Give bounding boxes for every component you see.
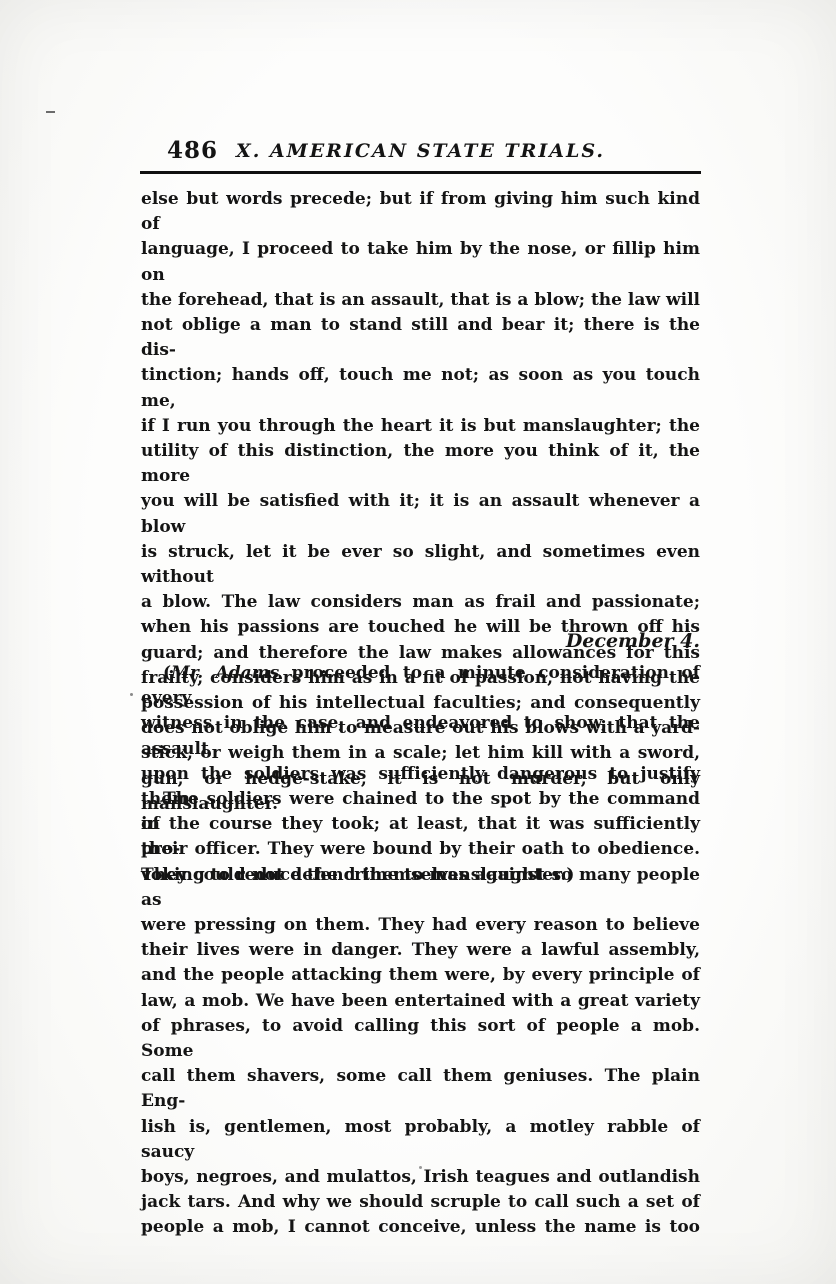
date-heading: December 4. — [141, 630, 700, 652]
book-page: 486 X. AMERICAN STATE TRIALS. else but w… — [0, 0, 836, 1284]
text-line: call them shavers, some call them genius… — [141, 1064, 700, 1114]
text-line: boys, negroes, and mulattos, Irish teagu… — [141, 1165, 700, 1190]
text-line: They could not defend themselves against… — [141, 863, 700, 913]
open-paren: ( — [163, 663, 171, 683]
text-line: law, a mob. We have been entertained wit… — [141, 989, 700, 1014]
text-line: witness in the case, and endeavored to s… — [141, 711, 700, 761]
text-line: if I run you through the heart it is but… — [141, 414, 700, 439]
text-line: else but words precede; but if from givi… — [141, 187, 700, 237]
scan-artifact-dash — [46, 111, 55, 113]
running-title: X. AMERICAN STATE TRIALS. — [141, 136, 700, 162]
text-line: of phrases, to avoid calling this sort o… — [141, 1014, 700, 1064]
page-number: 486 — [167, 137, 218, 164]
text-line: tinction; hands off, touch me not; as so… — [141, 363, 700, 413]
scan-artifact-dot — [130, 693, 133, 696]
text-line: the forehead, that is an assault, that i… — [141, 288, 700, 313]
text-line: is struck, let it be ever so slight, and… — [141, 540, 700, 590]
page-header: 486 X. AMERICAN STATE TRIALS. — [141, 136, 700, 170]
text-line: language, I proceed to take him by the n… — [141, 237, 700, 287]
text-line: were pressing on them. They had every re… — [141, 913, 700, 938]
text-line: The soldiers were chained to the spot by… — [141, 787, 700, 837]
text-line: a blow. The law considers man as frail a… — [141, 590, 700, 615]
text-line: not oblige a man to stand still and bear… — [141, 313, 700, 363]
text-line: (Mr. Adams proceeded to a minute conside… — [141, 661, 700, 711]
text-line: lish is, gentlemen, most probably, a mot… — [141, 1115, 700, 1165]
text-line: their lives were in danger. They were a … — [141, 938, 700, 963]
text-line: people a mob, I cannot conceive, unless … — [141, 1215, 700, 1240]
text-line: utility of this distinction, the more yo… — [141, 439, 700, 489]
text-line: you will be satisfied with it; it is an … — [141, 489, 700, 539]
text-line: jack tars. And why we should scruple to … — [141, 1190, 700, 1215]
paragraph-argument: The soldiers were chained to the spot by… — [141, 787, 700, 1241]
header-rule — [140, 171, 701, 174]
text-line: and the people attacking them were, by e… — [141, 963, 700, 988]
text-line: their officer. They were bound by their … — [141, 837, 700, 862]
speaker-name: Mr. Adams — [171, 663, 279, 683]
